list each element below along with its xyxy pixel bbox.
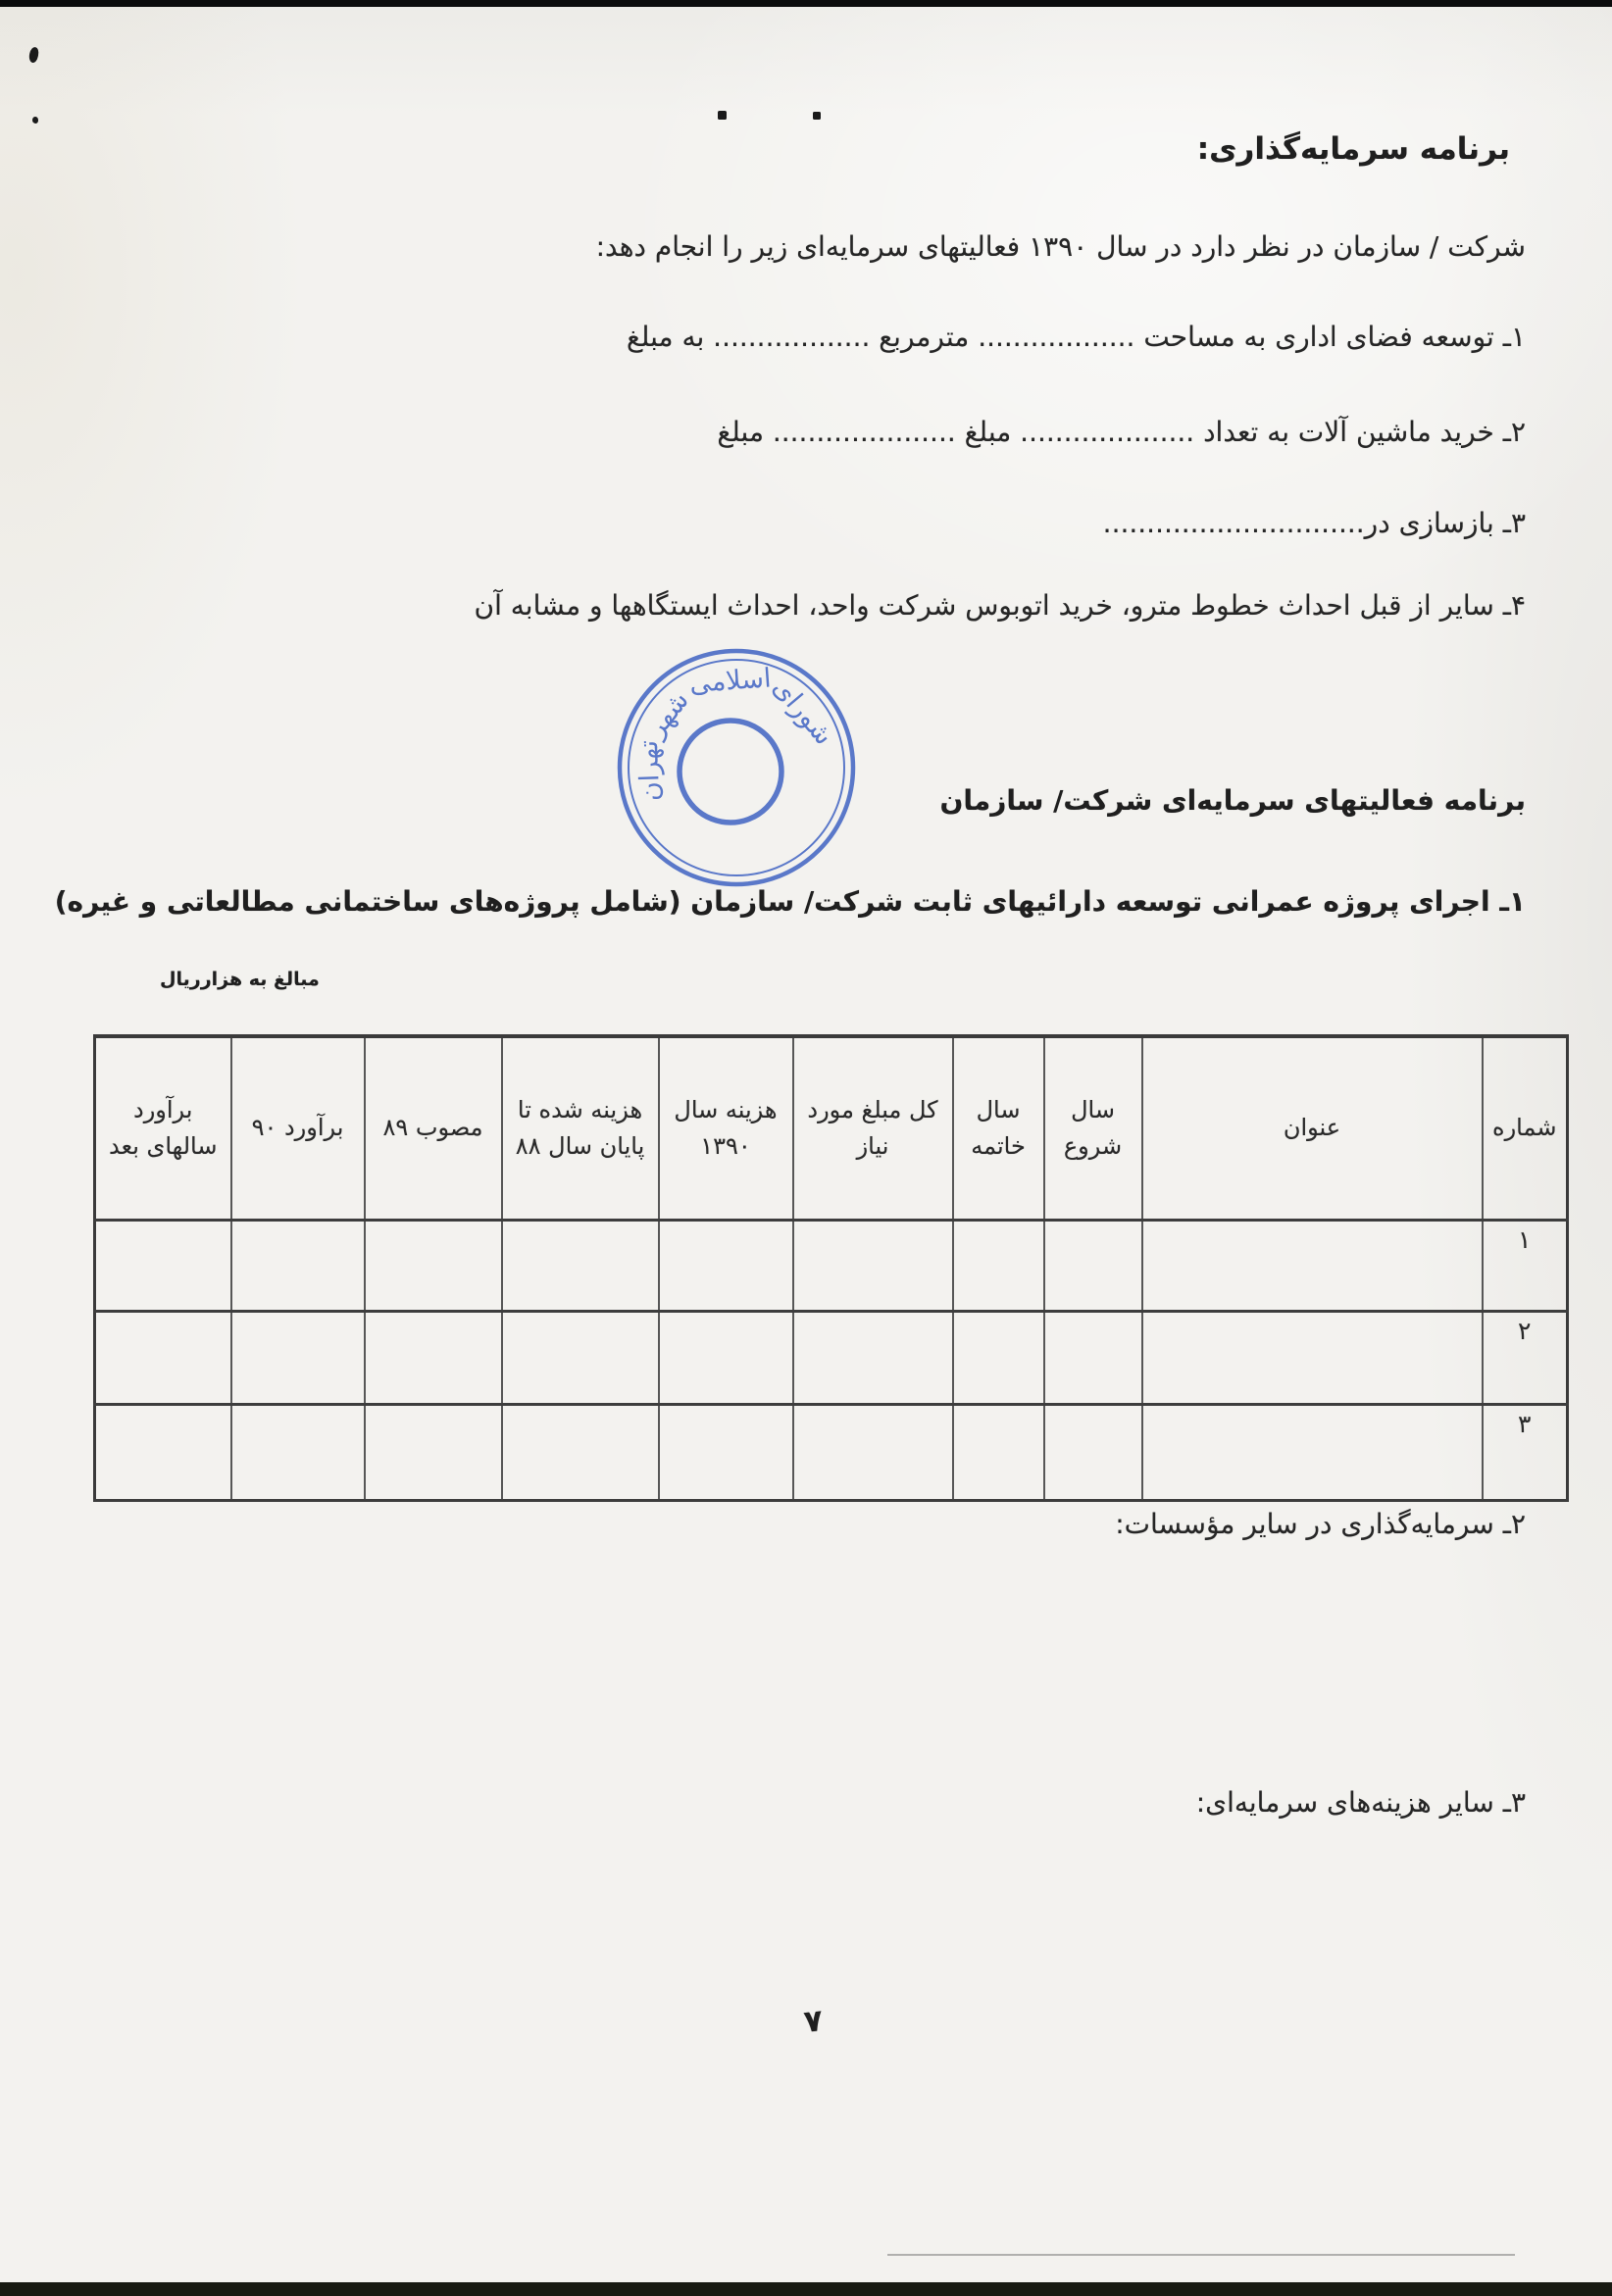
column-header-number: شماره: [1483, 1036, 1568, 1220]
investment-item-2: ۲ـ خرید ماشین آلات به تعداد ............…: [717, 416, 1526, 448]
table-cell: [1044, 1220, 1142, 1311]
scanned-form-page: برنامه سرمایه‌گذاری: شرکت / سازمان در نظ…: [0, 0, 1612, 2296]
table-cell: [365, 1311, 502, 1404]
capital-item1-heading: ۱ـ اجرای پروژه عمرانی توسعه دارائیهای ثا…: [55, 885, 1526, 918]
table-cell: [1044, 1404, 1142, 1500]
table-cell: [231, 1404, 365, 1500]
table-cell: [95, 1311, 231, 1404]
column-header-title: عنوان: [1142, 1036, 1483, 1220]
table-cell: [231, 1220, 365, 1311]
stamp-word: اسلامی: [688, 663, 772, 699]
table-row: ۳: [95, 1404, 1568, 1500]
projects-table-container: شماره عنوان سال شروع سال خاتمه کل مبلغ م…: [96, 1034, 1569, 1502]
table-header-row: شماره عنوان سال شروع سال خاتمه کل مبلغ م…: [95, 1036, 1568, 1220]
projects-table: شماره عنوان سال شروع سال خاتمه کل مبلغ م…: [93, 1034, 1569, 1502]
page-number: ۷: [802, 2003, 825, 2040]
section-2-heading: ۲ـ سرمایه‌گذاری در سایر مؤسسات:: [1115, 1508, 1526, 1540]
row-number-cell: ۲: [1483, 1311, 1568, 1404]
investment-item-4: ۴ـ سایر از قبل احداث خطوط مترو، خرید اتو…: [475, 589, 1526, 622]
tehran-city-council-stamp: شورای اسلامی شهر تهران: [609, 639, 864, 894]
table-cell: [502, 1220, 659, 1311]
table-cell: [365, 1220, 502, 1311]
column-header-total-required: کل مبلغ مورد نیاز: [793, 1036, 953, 1220]
table-cell: [1044, 1311, 1142, 1404]
table-cell: [953, 1311, 1044, 1404]
table-cell: [953, 1404, 1044, 1500]
scan-edge-top: [0, 0, 1612, 7]
table-cell: [793, 1404, 953, 1500]
stamp-curved-text: شورای اسلامی شهر تهران: [611, 641, 846, 807]
page-title: برنامه سرمایه‌گذاری:: [1197, 131, 1510, 167]
scan-edge-bottom: [0, 2282, 1612, 2296]
column-header-cost-1390: هزینه سال ۱۳۹۰: [659, 1036, 793, 1220]
table-cell: [502, 1311, 659, 1404]
investment-item-1: ۱ـ توسعه فضای اداری به مساحت ...........…: [627, 321, 1526, 353]
column-header-spent-to-88: هزینه شده تا پایان سال ۸۸: [502, 1036, 659, 1220]
table-cell: [793, 1311, 953, 1404]
amounts-unit-note: مبالغ به هزارریال: [160, 969, 320, 990]
stamp-word: تهران: [633, 739, 666, 801]
row-number-cell: ۱: [1483, 1220, 1568, 1311]
scan-faint-line: [887, 2254, 1515, 2256]
table-cell: [953, 1220, 1044, 1311]
table-cell: [1142, 1311, 1483, 1404]
column-header-approved-89: مصوب ۸۹: [365, 1036, 502, 1220]
table-cell: [1142, 1220, 1483, 1311]
table-cell: [793, 1220, 953, 1311]
column-header-estimate-90: برآورد ۹۰: [231, 1036, 365, 1220]
scan-speck: [32, 117, 38, 124]
table-cell: [95, 1404, 231, 1500]
table-row: ۱: [95, 1220, 1568, 1311]
stamp-inner-circle-icon: [680, 721, 781, 823]
table-cell: [659, 1311, 793, 1404]
column-header-start-year: سال شروع: [1044, 1036, 1142, 1220]
intro-text: شرکت / سازمان در نظر دارد در سال ۱۳۹۰ فع…: [596, 230, 1526, 263]
table-cell: [1142, 1404, 1483, 1500]
table-cell: [502, 1404, 659, 1500]
capital-activities-heading: برنامه فعالیتهای سرمایه‌ای شرکت/ سازمان: [939, 784, 1526, 817]
column-header-end-year: سال خاتمه: [953, 1036, 1044, 1220]
table-cell: [659, 1220, 793, 1311]
table-cell: [231, 1311, 365, 1404]
row-number-cell: ۳: [1483, 1404, 1568, 1500]
scan-speck: [718, 111, 727, 120]
table-row: ۲: [95, 1311, 1568, 1404]
investment-item-3: ۳ـ بازسازی در...........................…: [1103, 507, 1526, 539]
table-cell: [659, 1404, 793, 1500]
scan-speck: [27, 46, 39, 64]
section-3-heading: ۳ـ سایر هزینه‌های سرمایه‌ای:: [1196, 1786, 1526, 1819]
table-cell: [95, 1220, 231, 1311]
column-header-estimate-later: برآورد سالهای بعد: [95, 1036, 231, 1220]
table-cell: [365, 1404, 502, 1500]
scan-speck: [813, 112, 821, 120]
